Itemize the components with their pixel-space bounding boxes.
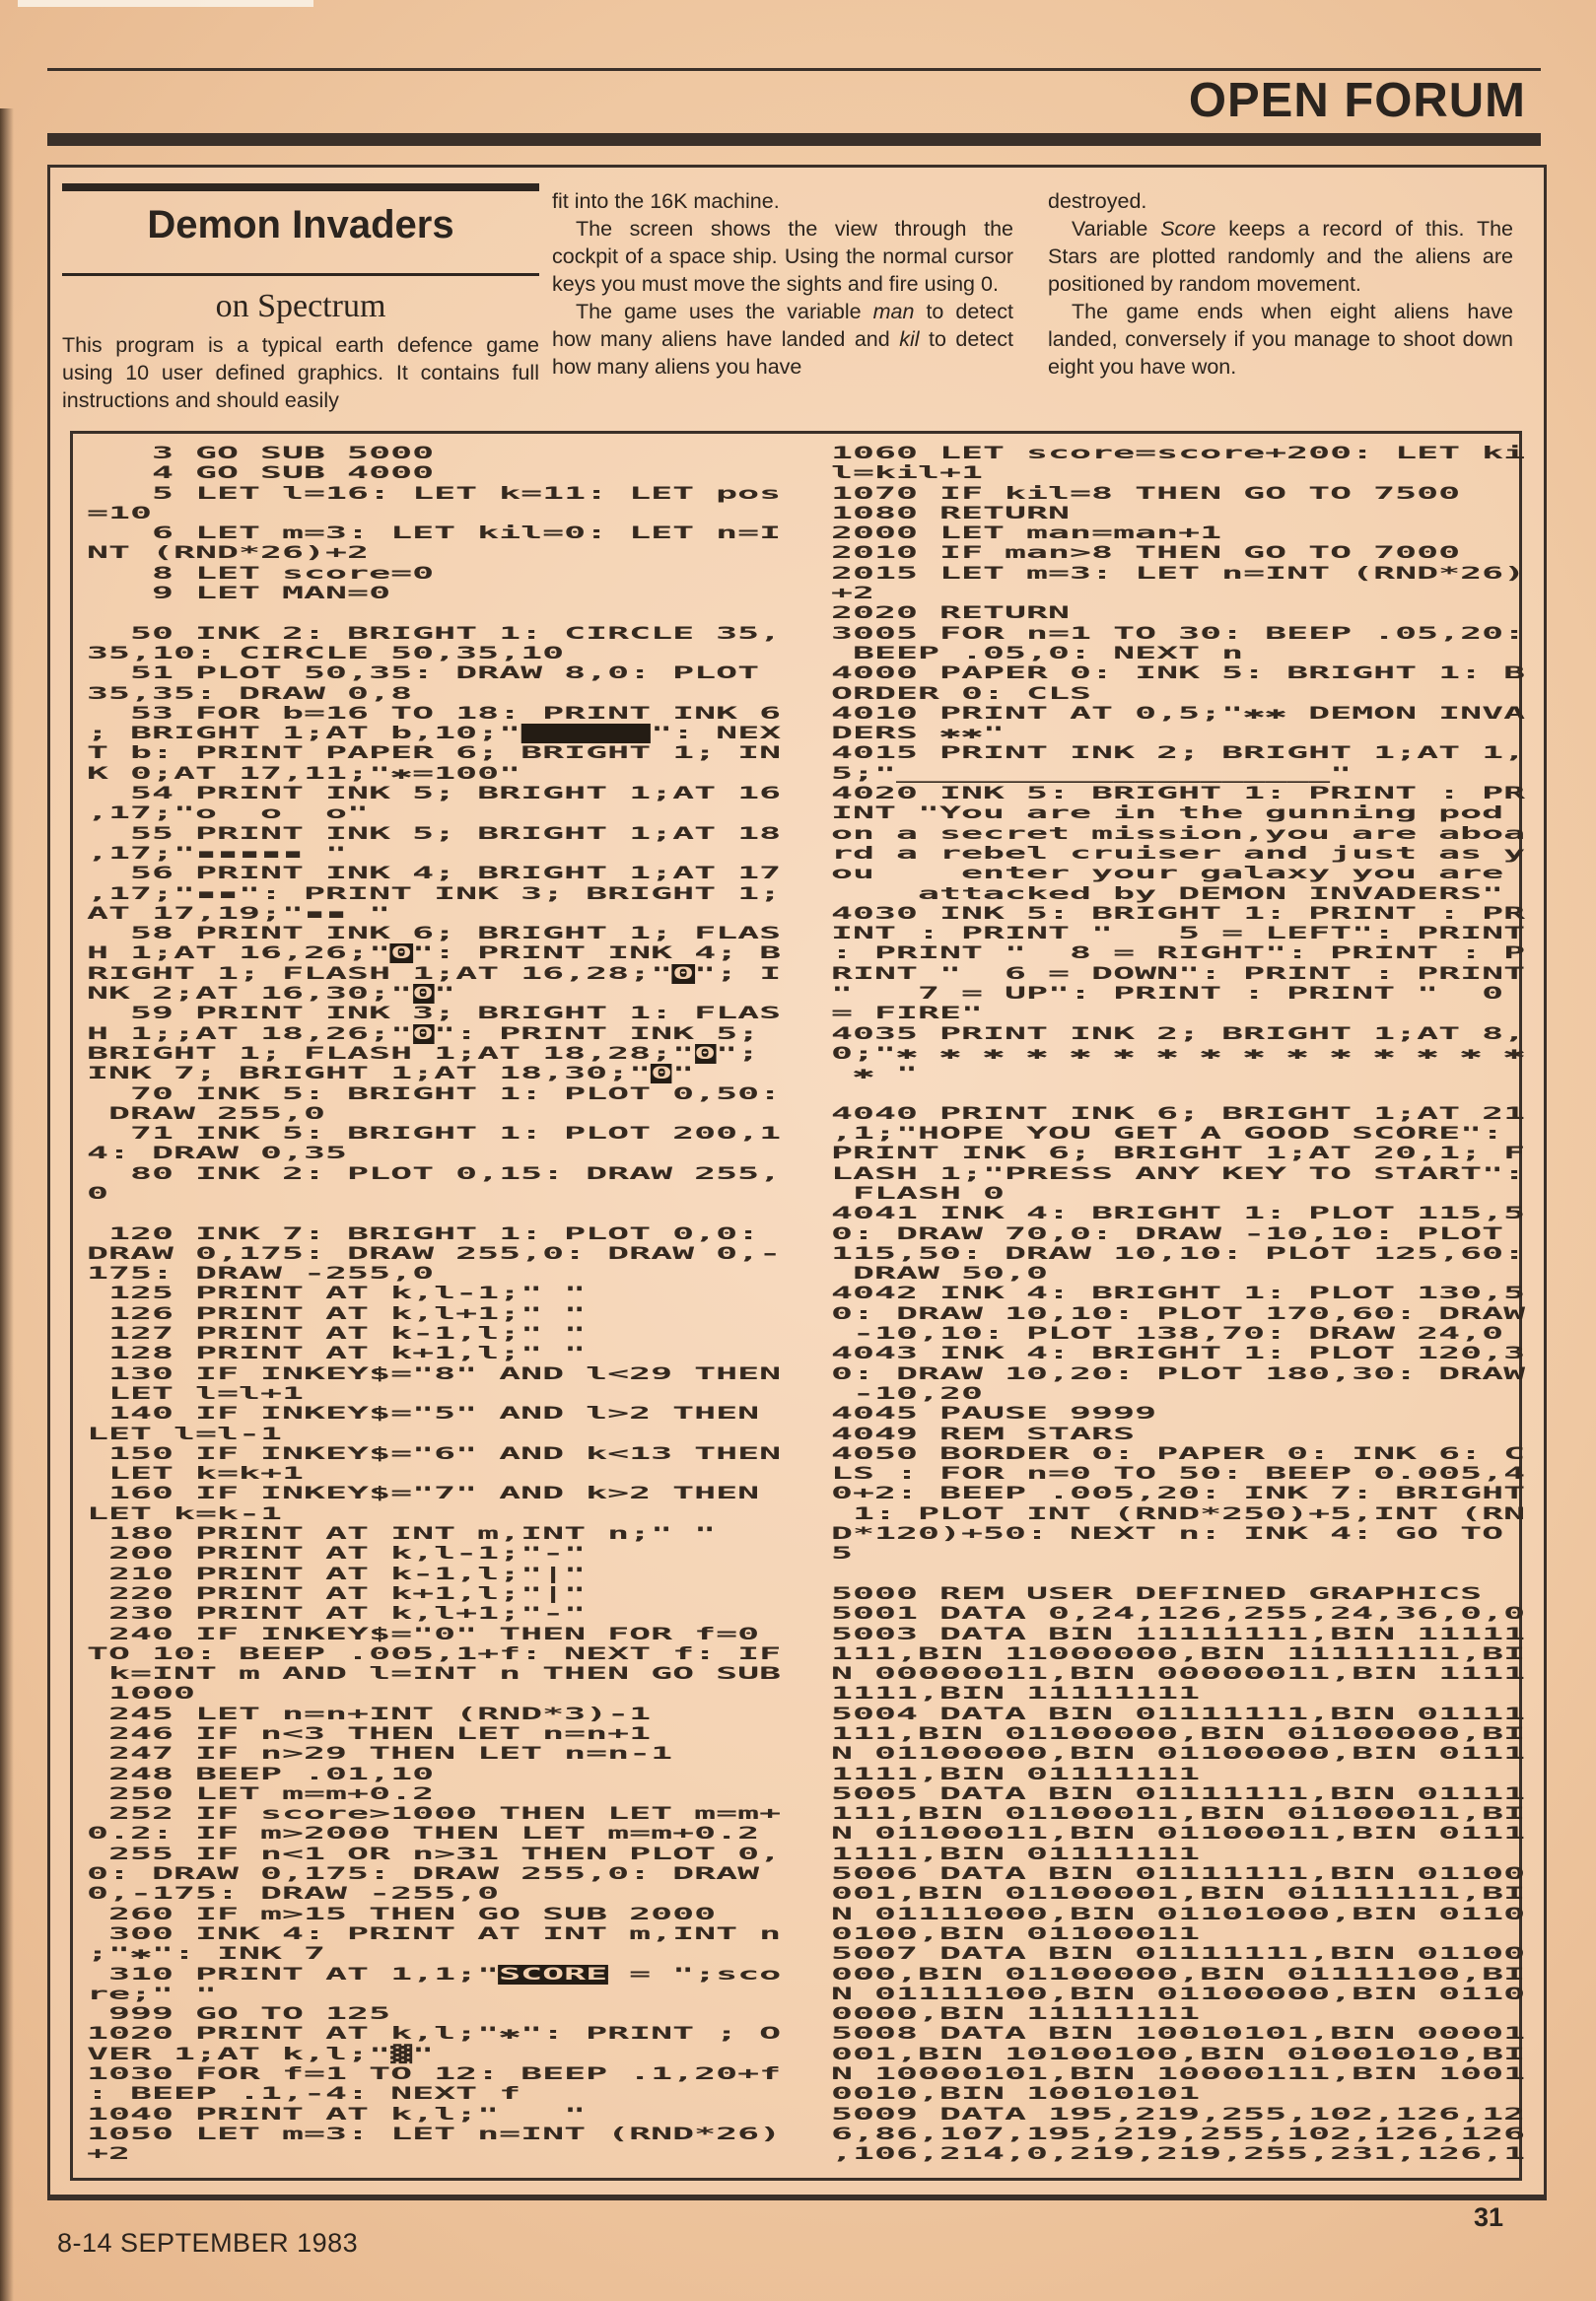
intro-paragraph: The game uses the variable man to detect… xyxy=(552,298,1013,381)
code-line: 248 BEEP .01,10 xyxy=(87,1765,807,1784)
code-line: +2 xyxy=(831,584,1552,603)
code-line: VER 1;AT k,l;"▓" xyxy=(87,2045,807,2064)
code-line: 126 PRINT AT k,l+1;" " xyxy=(87,1304,807,1324)
code-line: 000,BIN 01100000,BIN 01111100,BI xyxy=(831,1965,1552,1985)
code-line: K 0;AT 17,11;"✱=100" xyxy=(87,764,807,784)
code-line: 70 INK 5: BRIGHT 1: PLOT 0,50: xyxy=(87,1084,807,1104)
code-line: +2 xyxy=(87,2144,807,2164)
code-line: : BEEP .1,-4: NEXT f xyxy=(87,2084,807,2104)
code-line: 0+2: BEEP .005,20: INK 7: BRIGHT xyxy=(831,1484,1552,1503)
code-line: 9 LET MAN=0 xyxy=(87,584,807,603)
code-line: 1070 IF kil=8 THEN GO TO 7500 xyxy=(831,484,1552,504)
code-line: 0100,BIN 01100011 xyxy=(831,1924,1552,1944)
page-edge-highlight xyxy=(18,0,313,7)
code-line: 5007 DATA BIN 01111111,BIN 01100 xyxy=(831,1944,1552,1964)
code-line: 4050 BORDER 0: PAPER 0: INK 6: C xyxy=(831,1444,1552,1464)
code-line: ; BRIGHT 1;AT b,10;" ": NEX xyxy=(87,724,807,743)
code-line: N 01111000,BIN 01101000,BIN 0110 xyxy=(831,1905,1552,1924)
code-line: LS : FOR n=0 TO 50: BEEP 0.005,4 xyxy=(831,1464,1552,1484)
code-line: 3005 FOR n=1 TO 30: BEEP .05,20: xyxy=(831,624,1552,644)
code-line: 1111,BIN 01111111 xyxy=(831,1765,1552,1784)
intro-paragraph: Variable Score keeps a record of this. T… xyxy=(1048,215,1513,298)
code-line: rd a rebel cruiser and just as y xyxy=(831,844,1552,864)
code-line: 0;"✱ ✱ ✱ ✱ ✱ ✱ ✱ ✱ ✱ ✱ ✱ ✱ ✱ ✱ ✱ xyxy=(831,1044,1552,1064)
code-line: 0.2: IF m>2000 THEN LET m=m+0.2 xyxy=(87,1824,807,1844)
code-line: 1111,BIN 11111111 xyxy=(831,1684,1552,1704)
code-line: 128 PRINT AT k+1,l;" " xyxy=(87,1344,807,1363)
code-line: ,1;"HOPE YOU GET A GOOD SCORE": xyxy=(831,1124,1552,1144)
program-listing-box: 3 GO SUB 5000 4 GO SUB 4000 5 LET l=16: … xyxy=(70,431,1522,2181)
code-line: 260 IF m>15 THEN GO SUB 2000 xyxy=(87,1905,807,1924)
code-line: 1111,BIN 01111111 xyxy=(831,1845,1552,1864)
code-line: 160 IF INKEY$="7" AND k>2 THEN xyxy=(87,1484,807,1503)
code-line: N 01100011,BIN 01100011,BIN 0111 xyxy=(831,1824,1552,1844)
code-line: 55 PRINT INK 5; BRIGHT 1;AT 18 xyxy=(87,824,807,844)
header-thick-rule xyxy=(47,133,1541,146)
code-line: 150 IF INKEY$="6" AND k<13 THEN xyxy=(87,1444,807,1464)
code-line: 5;"____________________" xyxy=(831,764,1552,784)
code-line: 80 INK 2: PLOT 0,15: DRAW 255, xyxy=(87,1164,807,1184)
code-line: 0,-175: DRAW -255,0 xyxy=(87,1884,807,1904)
code-line: 1: PLOT INT (RND*250)+5,INT (RN xyxy=(831,1504,1552,1524)
code-line: INT "You are in the gunning pod xyxy=(831,803,1552,823)
code-line: ,106,214,0,219,219,255,231,126,1 xyxy=(831,2144,1552,2164)
code-line: 125 PRINT AT k,l-1;" " xyxy=(87,1284,807,1303)
code-line: T b: PRINT PAPER 6; BRIGHT 1; IN xyxy=(87,743,807,763)
code-line xyxy=(87,603,807,623)
code-line: 0000,BIN 11111111 xyxy=(831,2004,1552,2024)
code-line: LET l=l-1 xyxy=(87,1425,807,1444)
code-line: 1040 PRINT AT k,l;" " xyxy=(87,2105,807,2125)
code-line: LET l=l+1 xyxy=(87,1384,807,1404)
issue-date: 8-14 SEPTEMBER 1983 xyxy=(57,2228,358,2259)
code-line: " 7 = UP": PRINT : PRINT " 0 xyxy=(831,984,1552,1004)
code-line: 6 LET m=3: LET kil=0: LET n=I xyxy=(87,523,807,543)
intro-column-1-body: This program is a typical earth defence … xyxy=(62,331,539,414)
code-line: l=kil+1 xyxy=(831,463,1552,483)
code-line: 130 IF INKEY$="8" AND l<29 THEN xyxy=(87,1364,807,1384)
code-line: 5009 DATA 195,219,255,102,126,12 xyxy=(831,2105,1552,2125)
intro-column-3: destroyed.Variable Score keeps a record … xyxy=(1048,187,1513,381)
code-line: 51 PLOT 50,35: DRAW 8,0: PLOT xyxy=(87,663,807,683)
page-number: 31 xyxy=(1439,2202,1538,2233)
code-line: 1060 LET score=score+200: LET ki xyxy=(831,444,1552,463)
intro-paragraph: This program is a typical earth defence … xyxy=(62,331,539,414)
code-line: -10,20 xyxy=(831,1384,1552,1404)
code-line: 4015 PRINT INK 2; BRIGHT 1;AT 1, xyxy=(831,743,1552,763)
code-line: 5000 REM USER DEFINED GRAPHICS xyxy=(831,1584,1552,1604)
code-line: 4030 INK 5: BRIGHT 1: PRINT : PR xyxy=(831,904,1552,924)
code-line: LASH 1;"PRESS ANY KEY TO START": xyxy=(831,1164,1552,1184)
listing-column-right: 1060 LET score=score+200: LET kil=kil+11… xyxy=(831,444,1552,2165)
code-line: 71 INK 5: BRIGHT 1: PLOT 200,1 xyxy=(87,1124,807,1144)
code-line: ,17;"▪▪": PRINT INK 3; BRIGHT 1; xyxy=(87,884,807,904)
code-line: N 10000101,BIN 10000111,BIN 1001 xyxy=(831,2064,1552,2084)
code-line: N 00000011,BIN 00000011,BIN 1111 xyxy=(831,1664,1552,1684)
code-line: 5003 DATA BIN 11111111,BIN 11111 xyxy=(831,1625,1552,1644)
code-line: 999 GO TO 125 xyxy=(87,2004,807,2024)
code-line: 175: DRAW -255,0 xyxy=(87,1264,807,1284)
code-line: 4042 INK 4: BRIGHT 1: PLOT 130,5 xyxy=(831,1284,1552,1303)
code-line: 111,BIN 11000000,BIN 11111111,BI xyxy=(831,1644,1552,1664)
code-line: 6,86,107,195,219,255,102,126,126 xyxy=(831,2125,1552,2144)
code-line: 4043 INK 4: BRIGHT 1: PLOT 120,3 xyxy=(831,1344,1552,1363)
code-line xyxy=(831,1565,1552,1584)
code-line: 247 IF n>29 THEN LET n=n-1 xyxy=(87,1744,807,1764)
page-edge-shadow xyxy=(0,108,14,2301)
magazine-page: { "header": { "title": "OPEN FORUM" }, "… xyxy=(0,0,1596,2301)
code-line: 111,BIN 01100000,BIN 01100000,BI xyxy=(831,1724,1552,1744)
code-line: 4020 INK 5: BRIGHT 1: PRINT : PR xyxy=(831,784,1552,803)
article-subtitle: on Spectrum xyxy=(62,288,539,325)
code-line: 1030 FOR f=1 TO 12: BEEP .1,20+f xyxy=(87,2064,807,2084)
code-line: 310 PRINT AT 1,1;"SCORE = ";sco xyxy=(87,1965,807,1985)
code-line: DRAW 50,0 xyxy=(831,1264,1552,1284)
code-line: 1050 LET m=3: LET n=INT (RND*26) xyxy=(87,2125,807,2144)
header-top-rule xyxy=(47,68,1541,71)
code-line: 255 IF n<1 OR n>31 THEN PLOT 0, xyxy=(87,1845,807,1864)
code-line: 2000 LET man=man+1 xyxy=(831,523,1552,543)
code-line: 53 FOR b=16 TO 18: PRINT INK 6 xyxy=(87,704,807,724)
code-line: INK 7; BRIGHT 1;AT 18,30;"0" xyxy=(87,1064,807,1083)
code-line xyxy=(87,1204,807,1223)
listing-column-left: 3 GO SUB 5000 4 GO SUB 4000 5 LET l=16: … xyxy=(87,444,807,2165)
code-line: 4040 PRINT INK 6; BRIGHT 1;AT 21 xyxy=(831,1104,1552,1124)
code-line: 230 PRINT AT k,l+1;"-" xyxy=(87,1604,807,1624)
code-line: 58 PRINT INK 6; BRIGHT 1; FLAS xyxy=(87,924,807,943)
code-line: 5 xyxy=(831,1544,1552,1564)
code-line: DRAW 0,175: DRAW 255,0: DRAW 0,- xyxy=(87,1244,807,1264)
code-line: 210 PRINT AT k-1,l;"|" xyxy=(87,1565,807,1584)
code-line: 111,BIN 01100011,BIN 01100011,BI xyxy=(831,1804,1552,1824)
code-line: 5008 DATA BIN 10010101,BIN 00001 xyxy=(831,2024,1552,2044)
code-line: 0 xyxy=(87,1184,807,1204)
intro-paragraph: destroyed. xyxy=(1048,187,1513,215)
code-line: FLASH 0 xyxy=(831,1184,1552,1204)
code-line: 4049 REM STARS xyxy=(831,1425,1552,1444)
code-line: NT (RND*26)+2 xyxy=(87,543,807,563)
code-line: RINT " 6 = DOWN": PRINT : PRINT xyxy=(831,964,1552,984)
code-line: 0010,BIN 10010101 xyxy=(831,2084,1552,2104)
code-line: NK 2;AT 16,30;"0" xyxy=(87,984,807,1004)
code-line: =10 xyxy=(87,504,807,523)
code-line: 001,BIN 01100001,BIN 01111111,BI xyxy=(831,1884,1552,1904)
intro-column-2: fit into the 16K machine.The screen show… xyxy=(552,187,1013,381)
code-line: ou enter your galaxy you are xyxy=(831,864,1552,883)
article-title-rule-bottom xyxy=(62,273,539,276)
code-line: -10,10: PLOT 138,70: DRAW 24,0 xyxy=(831,1324,1552,1344)
code-line: INT : PRINT " 5 = LEFT": PRINT xyxy=(831,924,1552,943)
code-line: 4000 PAPER 0: INK 5: BRIGHT 1: B xyxy=(831,663,1552,683)
code-line: 59 PRINT INK 3; BRIGHT 1: FLAS xyxy=(87,1004,807,1023)
code-line: 3 GO SUB 5000 xyxy=(87,444,807,463)
code-line: ,17;"▪▪▪▪▪ " xyxy=(87,844,807,864)
code-line: 5006 DATA BIN 01111111,BIN 01100 xyxy=(831,1864,1552,1884)
intro-paragraph: fit into the 16K machine. xyxy=(552,187,1013,215)
code-line: 4: DRAW 0,35 xyxy=(87,1144,807,1163)
code-line: 4041 INK 4: BRIGHT 1: PLOT 115,5 xyxy=(831,1204,1552,1223)
code-line: = FIRE" xyxy=(831,1004,1552,1023)
code-line: 35,35: DRAW 0,8 xyxy=(87,684,807,704)
code-line: ;"✱": INK 7 xyxy=(87,1944,807,1964)
code-line: 252 IF score>1000 THEN LET m=m+ xyxy=(87,1804,807,1824)
code-line: LET k=k-1 xyxy=(87,1504,807,1524)
code-line: 1020 PRINT AT k,l;"✱": PRINT ; O xyxy=(87,2024,807,2044)
code-line: 5004 DATA BIN 01111111,BIN 01111 xyxy=(831,1705,1552,1724)
intro-paragraph: The game ends when eight aliens have lan… xyxy=(1048,298,1513,381)
code-line: AT 17,19;"▪▪ " xyxy=(87,904,807,924)
code-line: N 01111100,BIN 01100000,BIN 0110 xyxy=(831,1985,1552,2004)
code-line: 200 PRINT AT k,l-1;"-" xyxy=(87,1544,807,1564)
code-line: N 01100000,BIN 01100000,BIN 0111 xyxy=(831,1744,1552,1764)
code-line: 2015 LET m=3: LET n=INT (RND*26) xyxy=(831,564,1552,584)
code-line: DERS ✱✱" xyxy=(831,724,1552,743)
code-line: H 1;AT 16,26;"0": PRINT INK 4; B xyxy=(87,943,807,963)
code-line: 56 PRINT INK 4; BRIGHT 1;AT 17 xyxy=(87,864,807,883)
code-line: 54 PRINT INK 5; BRIGHT 1;AT 16 xyxy=(87,784,807,803)
code-line: 5005 DATA BIN 01111111,BIN 01111 xyxy=(831,1784,1552,1804)
code-line: 140 IF INKEY$="5" AND l>2 THEN xyxy=(87,1404,807,1424)
code-line: 0: DRAW 0,175: DRAW 255,0: DRAW xyxy=(87,1864,807,1884)
code-line: H 1;;AT 18,26;"0": PRINT INK 5; xyxy=(87,1024,807,1044)
code-line: ,17;"o o o" xyxy=(87,803,807,823)
code-line: 180 PRINT AT INT m,INT n;" " xyxy=(87,1524,807,1544)
code-line: 2010 IF man>8 THEN GO TO 7000 xyxy=(831,543,1552,563)
code-line: PRINT INK 6; BRIGHT 1;AT 20,1; F xyxy=(831,1144,1552,1163)
code-line: D*120)+50: NEXT n: INK 4: GO TO xyxy=(831,1524,1552,1544)
code-line: 240 IF INKEY$="0" THEN FOR f=0 xyxy=(87,1625,807,1644)
code-line: 0: DRAW 70,0: DRAW -10,10: PLOT xyxy=(831,1224,1552,1244)
code-line: 4035 PRINT INK 2; BRIGHT 1;AT 8, xyxy=(831,1024,1552,1044)
code-line: 5 LET l=16: LET k=11: LET pos xyxy=(87,484,807,504)
code-line: 220 PRINT AT k+1,l;"|" xyxy=(87,1584,807,1604)
code-line: 246 IF n<3 THEN LET n=n+1 xyxy=(87,1724,807,1744)
code-line: 5001 DATA 0,24,126,255,24,36,0,0 xyxy=(831,1604,1552,1624)
code-line: RIGHT 1; FLASH 1;AT 16,28;"0"; I xyxy=(87,964,807,984)
code-line: 4 GO SUB 4000 xyxy=(87,463,807,483)
code-line: BEEP .05,0: NEXT n xyxy=(831,644,1552,663)
code-line: 4045 PAUSE 9999 xyxy=(831,1404,1552,1424)
code-line: 300 INK 4: PRINT AT INT m,INT n xyxy=(87,1924,807,1944)
code-line: 250 LET m=m+0.2 xyxy=(87,1784,807,1804)
code-line: : PRINT " 8 = RIGHT": PRINT : P xyxy=(831,943,1552,963)
code-line: 1000 xyxy=(87,1684,807,1704)
code-line: attacked by DEMON INVADERS" xyxy=(831,884,1552,904)
code-line: 1080 RETURN xyxy=(831,504,1552,523)
article-title-rule-top xyxy=(62,183,539,191)
code-line: 4010 PRINT AT 0,5;"✱✱ DEMON INVA xyxy=(831,704,1552,724)
code-line xyxy=(831,1084,1552,1104)
code-line: 50 INK 2: BRIGHT 1: CIRCLE 35, xyxy=(87,624,807,644)
article-title: Demon Invaders xyxy=(62,203,539,247)
code-line: 115,50: DRAW 10,10: PLOT 125,60: xyxy=(831,1244,1552,1264)
code-line: 120 INK 7: BRIGHT 1: PLOT 0,0: xyxy=(87,1224,807,1244)
code-line: 001,BIN 10100100,BIN 01001010,BI xyxy=(831,2045,1552,2064)
code-line: on a secret mission,you are aboa xyxy=(831,824,1552,844)
code-line: 2020 RETURN xyxy=(831,603,1552,623)
code-line: 0: DRAW 10,20: PLOT 180,30: DRAW xyxy=(831,1364,1552,1384)
code-line: 127 PRINT AT k-1,l;" " xyxy=(87,1324,807,1344)
code-line: ORDER 0: CLS xyxy=(831,684,1552,704)
page-title: OPEN FORUM xyxy=(639,73,1526,128)
code-line: 0: DRAW 10,10: PLOT 170,60: DRAW xyxy=(831,1304,1552,1324)
code-line: BRIGHT 1; FLASH 1;AT 18,28;"0"; xyxy=(87,1044,807,1064)
code-line: LET k=k+1 xyxy=(87,1464,807,1484)
code-line: re;" " xyxy=(87,1985,807,2004)
code-line: DRAW 255,0 xyxy=(87,1104,807,1124)
code-line: k=INT m AND l=INT n THEN GO SUB xyxy=(87,1664,807,1684)
code-line: 8 LET score=0 xyxy=(87,564,807,584)
code-line: TO 10: BEEP .005,1+f: NEXT f: IF xyxy=(87,1644,807,1664)
code-line: 35,10: CIRCLE 50,35,10 xyxy=(87,644,807,663)
intro-paragraph: The screen shows the view through the co… xyxy=(552,215,1013,298)
code-line: ✱ " xyxy=(831,1064,1552,1083)
code-line: 245 LET n=n+INT (RND*3)-1 xyxy=(87,1705,807,1724)
